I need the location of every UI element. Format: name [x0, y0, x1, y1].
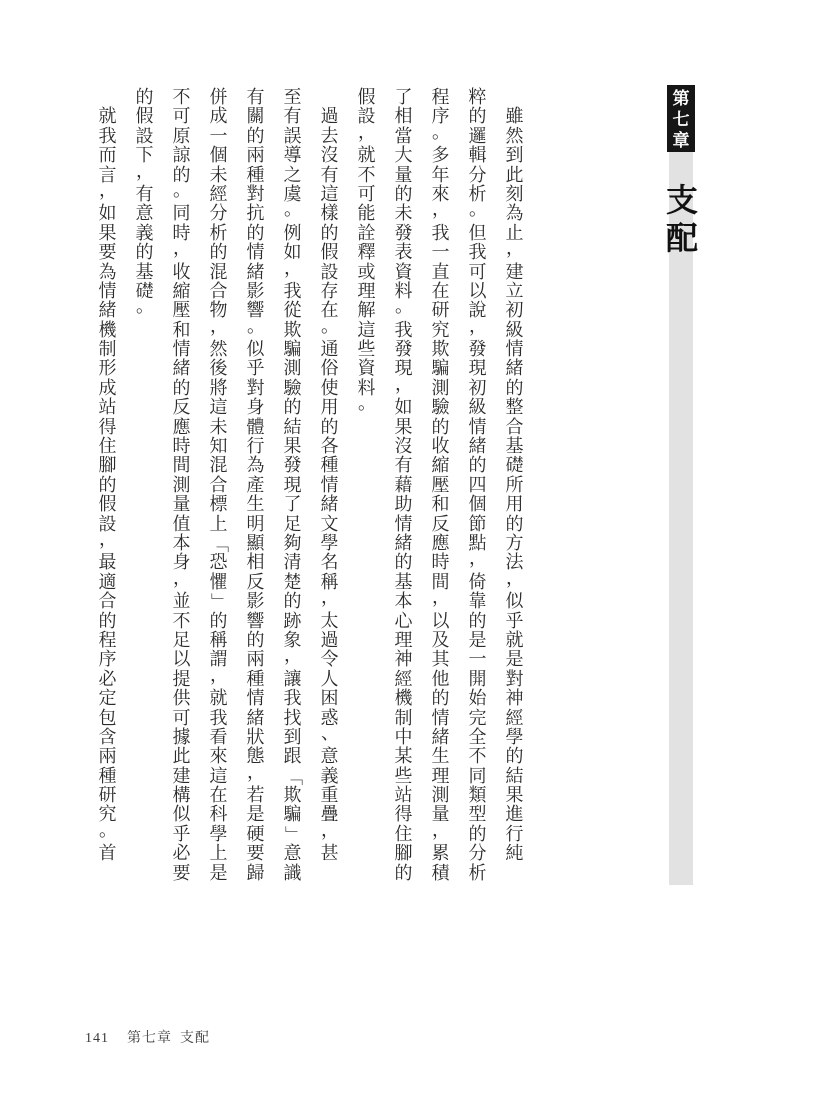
glyph: 心: [385, 612, 422, 631]
glyph: 稱: [200, 631, 237, 650]
text-column: 假設，就不可能詮釋或理解這些資料。: [348, 88, 385, 884]
glyph: ，: [200, 321, 237, 340]
glyph: 假: [348, 88, 385, 107]
text-column: 雖然到此刻為止，建立初級情緒的整合基礎所用的方法，似乎就是對神經學的結果進行純: [496, 88, 533, 884]
text-column: 就我而言，如果要為情緒機制形成站得住腳的假設，最適合的程序必定包含兩種研究。首: [89, 88, 126, 884]
glyph: 是: [496, 650, 533, 669]
glyph: 輯: [459, 146, 496, 165]
glyph: 收: [163, 263, 200, 282]
glyph: 對: [237, 185, 274, 204]
glyph: 。: [274, 204, 311, 223]
glyph: 神: [385, 650, 422, 669]
glyph: 行: [237, 437, 274, 456]
glyph: 供: [163, 689, 200, 708]
glyph: 以: [422, 612, 459, 631]
glyph: 。: [422, 127, 459, 146]
glyph: 未: [200, 166, 237, 185]
glyph: ，: [126, 166, 163, 185]
glyph: 似: [237, 340, 274, 359]
glyph: 明: [237, 515, 274, 534]
glyph: 分: [200, 204, 237, 223]
glyph: 合: [496, 418, 533, 437]
glyph: 。: [237, 321, 274, 340]
glyph: 的: [274, 398, 311, 417]
glyph: ，: [274, 650, 311, 669]
glyph: 整: [496, 398, 533, 417]
glyph: 的: [311, 224, 348, 243]
glyph: 釋: [348, 243, 385, 262]
glyph: 初: [459, 379, 496, 398]
glyph: 狀: [237, 728, 274, 747]
glyph: 可: [163, 107, 200, 126]
glyph: 和: [422, 495, 459, 514]
glyph: 經: [496, 709, 533, 728]
glyph: 機: [385, 689, 422, 708]
glyph: 驗: [422, 398, 459, 417]
glyph: 種: [237, 670, 274, 689]
glyph: 情: [163, 340, 200, 359]
glyph: 構: [163, 786, 200, 805]
glyph: 縮: [163, 282, 200, 301]
book-page: 第七章 支配 雖然到此刻為止，建立初級情緒的整合基礎所用的方法，似乎就是對神經學…: [0, 0, 813, 1100]
text-column: 程序。多年來，我一直在研究欺騙測驗的收縮壓和反應時間，以及其他的情緒生理測量，累…: [422, 88, 459, 884]
glyph: 重: [311, 786, 348, 805]
footer-chapter-title: 支配: [180, 1031, 210, 1046]
glyph: 硬: [237, 825, 274, 844]
glyph: 然: [200, 340, 237, 359]
glyph: 至: [274, 88, 311, 107]
glyph: 個: [200, 146, 237, 165]
glyph: 意: [311, 747, 348, 766]
glyph: 這: [200, 767, 237, 786]
glyph: 站: [385, 786, 422, 805]
glyph: 此: [163, 747, 200, 766]
glyph: 諒: [163, 146, 200, 165]
glyph: 到: [496, 146, 533, 165]
glyph: 累: [422, 844, 459, 863]
glyph: 」: [283, 816, 302, 853]
glyph: 清: [274, 553, 311, 572]
glyph: 騙: [274, 340, 311, 359]
glyph: 可: [348, 185, 385, 204]
glyph: 住: [385, 825, 422, 844]
glyph: 結: [274, 418, 311, 437]
glyph: 基: [385, 573, 422, 592]
glyph: 顯: [237, 534, 274, 553]
glyph: 我: [274, 282, 311, 301]
glyph: 發: [385, 224, 422, 243]
glyph: 刻: [496, 185, 533, 204]
glyph: 這: [311, 185, 348, 204]
glyph: 同: [459, 767, 496, 786]
glyph: 分: [459, 166, 496, 185]
glyph: ，: [422, 592, 459, 611]
glyph: 靠: [459, 592, 496, 611]
glyph: 要: [163, 864, 200, 883]
text-column: 有關的兩種對抗的情緒影響。似乎對身體行為產生明顯相反影響的兩種情緒狀態，若是硬要…: [237, 88, 274, 884]
glyph: 行: [496, 825, 533, 844]
glyph: ，: [422, 204, 459, 223]
glyph: 級: [496, 321, 533, 340]
glyph: 藉: [385, 476, 422, 495]
glyph: 而: [89, 146, 126, 165]
glyph: ，: [311, 825, 348, 844]
glyph: 的: [274, 592, 311, 611]
text-column: 過去沒有這樣的假設存在。通俗使用的各種情緒文學名稱，太過令人困惑、意義重疊，甚: [311, 88, 348, 884]
glyph: 些: [348, 340, 385, 359]
glyph: 生: [237, 495, 274, 514]
glyph: 現: [459, 359, 496, 378]
glyph: 有: [274, 107, 311, 126]
glyph: 對: [237, 379, 274, 398]
glyph: 反: [422, 515, 459, 534]
glyph: 在: [422, 282, 459, 301]
glyph: 影: [237, 592, 274, 611]
glyph: 身: [237, 398, 274, 417]
glyph: 產: [237, 476, 274, 495]
glyph: 章: [667, 130, 695, 151]
glyph: 有: [311, 166, 348, 185]
glyph: 縮: [422, 456, 459, 475]
glyph: 機: [89, 321, 126, 340]
glyph: 四: [459, 476, 496, 495]
glyph: 邏: [459, 127, 496, 146]
glyph: 的: [385, 553, 422, 572]
glyph: 緒: [89, 301, 126, 320]
glyph: 第: [667, 88, 695, 109]
glyph: 是: [459, 631, 496, 650]
glyph: 似: [496, 592, 533, 611]
glyph: 未: [200, 418, 237, 437]
glyph: 的: [422, 689, 459, 708]
glyph: 。: [459, 204, 496, 223]
glyph: 本: [385, 592, 422, 611]
glyph: 不: [348, 166, 385, 185]
glyph: 分: [459, 844, 496, 863]
glyph: 緒: [237, 263, 274, 282]
glyph: 建: [163, 767, 200, 786]
glyph: 足: [274, 515, 311, 534]
glyph: 。: [126, 301, 163, 320]
glyph: 的: [496, 379, 533, 398]
glyph: 一: [459, 650, 496, 669]
glyph: 緒: [459, 437, 496, 456]
glyph: 情: [459, 418, 496, 437]
glyph: 以: [459, 282, 496, 301]
glyph: ，: [496, 573, 533, 592]
chapter-title: 支配: [663, 181, 701, 257]
glyph: 析: [459, 864, 496, 883]
glyph: 就: [89, 107, 126, 126]
glyph: 果: [274, 437, 311, 456]
glyph: ，: [459, 321, 496, 340]
glyph: 以: [163, 650, 200, 669]
glyph: 反: [237, 573, 274, 592]
glyph: 。: [89, 825, 126, 844]
glyph: 有: [126, 185, 163, 204]
glyph: 資: [385, 263, 422, 282]
glyph: 時: [163, 437, 200, 456]
glyph: 理: [422, 767, 459, 786]
glyph: 情: [237, 689, 274, 708]
glyph: 不: [163, 88, 200, 107]
glyph: ，: [274, 263, 311, 282]
glyph: 必: [163, 844, 200, 863]
glyph: 種: [311, 456, 348, 475]
glyph: 倚: [459, 573, 496, 592]
glyph: 這: [348, 321, 385, 340]
glyph: 提: [163, 670, 200, 689]
glyph: 是: [200, 864, 237, 883]
text-column: 不可原諒的。同時，收縮壓和情緒的反應時間測量值本身，並不足以提供可據此建構似乎必…: [163, 88, 200, 884]
glyph: 知: [200, 437, 237, 456]
glyph: 乎: [237, 359, 274, 378]
glyph: ，: [348, 127, 385, 146]
glyph: 程: [422, 88, 459, 107]
glyph: 支: [663, 181, 701, 219]
glyph: 我: [422, 224, 459, 243]
glyph: 理: [385, 631, 422, 650]
text-column: 了相當大量的未發表資料。我發現，如果沒有藉助情緒的基本心理神經機制中某些站得住腳…: [385, 88, 422, 884]
glyph: 表: [385, 243, 422, 262]
glyph: 不: [163, 612, 200, 631]
glyph: 我: [459, 243, 496, 262]
glyph: 學: [496, 728, 533, 747]
text-column: 的假設下，有意義的基礎。: [126, 88, 163, 884]
glyph: 當: [385, 127, 422, 146]
glyph: 型: [459, 805, 496, 824]
glyph: 得: [89, 418, 126, 437]
glyph: 程: [89, 631, 126, 650]
glyph: 其: [422, 650, 459, 669]
glyph: 合: [89, 592, 126, 611]
glyph: 的: [459, 456, 496, 475]
glyph: 名: [311, 553, 348, 572]
glyph: 找: [274, 709, 311, 728]
glyph: 可: [459, 263, 496, 282]
glyph: 緒: [422, 728, 459, 747]
glyph: 乎: [496, 612, 533, 631]
body-text: 雖然到此刻為止，建立初級情緒的整合基礎所用的方法，似乎就是對神經學的結果進行純粹…: [89, 88, 533, 884]
glyph: 時: [422, 553, 459, 572]
glyph: 制: [89, 340, 126, 359]
glyph: 「: [209, 525, 228, 562]
glyph: 應: [422, 534, 459, 553]
glyph: 的: [459, 825, 496, 844]
glyph: 的: [89, 476, 126, 495]
glyph: 設: [311, 263, 348, 282]
glyph: 經: [200, 185, 237, 204]
glyph: 種: [89, 767, 126, 786]
glyph: 的: [459, 107, 496, 126]
glyph: 看: [200, 728, 237, 747]
glyph: 的: [126, 243, 163, 262]
glyph: 雖: [496, 107, 533, 126]
glyph: 兩: [89, 747, 126, 766]
glyph: 的: [459, 612, 496, 631]
glyph: 歸: [237, 864, 274, 883]
glyph: 人: [311, 670, 348, 689]
glyph: 某: [385, 747, 422, 766]
glyph: 粹: [459, 88, 496, 107]
glyph: 的: [163, 379, 200, 398]
text-column: 至有誤導之虞。例如，我從欺騙測驗的結果發現了足夠清楚的跡象，讓我找到跟「欺騙」意…: [274, 88, 311, 884]
glyph: 困: [311, 689, 348, 708]
glyph: 文: [311, 515, 348, 534]
glyph: 方: [496, 534, 533, 553]
glyph: ，: [163, 243, 200, 262]
glyph: 全: [459, 728, 496, 747]
glyph: 他: [422, 670, 459, 689]
glyph: 的: [126, 88, 163, 107]
glyph: 抗: [237, 204, 274, 223]
glyph: 假: [311, 243, 348, 262]
glyph: 這: [200, 398, 237, 417]
glyph: 就: [200, 689, 237, 708]
glyph: 能: [348, 204, 385, 223]
glyph: 意: [126, 204, 163, 223]
glyph: 七: [667, 109, 695, 130]
glyph: 緒: [163, 359, 200, 378]
glyph: 關: [237, 107, 274, 126]
glyph: 年: [422, 166, 459, 185]
glyph: 過: [311, 107, 348, 126]
glyph: 我: [200, 709, 237, 728]
glyph: 級: [459, 398, 496, 417]
glyph: ，: [422, 825, 459, 844]
glyph: 必: [89, 670, 126, 689]
glyph: 可: [163, 709, 200, 728]
glyph: 及: [422, 631, 459, 650]
glyph: 的: [200, 243, 237, 262]
glyph: 從: [274, 301, 311, 320]
glyph: 體: [237, 418, 274, 437]
glyph: 兩: [237, 650, 274, 669]
glyph: 或: [348, 263, 385, 282]
glyph: 如: [385, 398, 422, 417]
glyph: 標: [200, 495, 237, 514]
glyph: 始: [459, 689, 496, 708]
glyph: 設: [126, 127, 163, 146]
glyph: 本: [163, 534, 200, 553]
glyph: 我: [385, 321, 422, 340]
glyph: 收: [422, 437, 459, 456]
glyph: 初: [496, 301, 533, 320]
glyph: 。: [163, 185, 200, 204]
glyph: 未: [385, 204, 422, 223]
glyph: 開: [459, 670, 496, 689]
glyph: 果: [385, 418, 422, 437]
glyph: 義: [126, 224, 163, 243]
glyph: ，: [89, 185, 126, 204]
glyph: 腳: [89, 456, 126, 475]
glyph: 讓: [274, 670, 311, 689]
glyph: 應: [163, 418, 200, 437]
glyph: 配: [663, 219, 701, 257]
glyph: 是: [237, 805, 274, 824]
glyph: ，: [200, 670, 237, 689]
glyph: 情: [422, 709, 459, 728]
glyph: 量: [163, 495, 200, 514]
glyph: 沒: [385, 437, 422, 456]
glyph: 學: [311, 534, 348, 553]
glyph: 腳: [385, 844, 422, 863]
glyph: 進: [496, 805, 533, 824]
glyph: 建: [496, 263, 533, 282]
glyph: 有: [385, 456, 422, 475]
glyph: 的: [385, 185, 422, 204]
glyph: 如: [89, 204, 126, 223]
glyph: 發: [274, 456, 311, 475]
glyph: 楚: [274, 573, 311, 592]
glyph: 測: [422, 786, 459, 805]
glyph: 的: [237, 127, 274, 146]
glyph: 令: [311, 650, 348, 669]
glyph: 例: [274, 224, 311, 243]
glyph: 量: [385, 166, 422, 185]
glyph: 究: [422, 321, 459, 340]
glyph: 為: [89, 263, 126, 282]
glyph: 的: [89, 612, 126, 631]
glyph: 類: [459, 786, 496, 805]
glyph: 對: [496, 670, 533, 689]
glyph: 情: [237, 243, 274, 262]
glyph: ，: [311, 592, 348, 611]
glyph: 的: [237, 224, 274, 243]
glyph: 壓: [163, 301, 200, 320]
glyph: 使: [311, 379, 348, 398]
glyph: 將: [200, 379, 237, 398]
glyph: 若: [237, 786, 274, 805]
glyph: 乎: [163, 825, 200, 844]
glyph: 通: [311, 340, 348, 359]
glyph: 神: [496, 689, 533, 708]
glyph: 反: [163, 398, 200, 417]
glyph: 。: [348, 398, 385, 417]
glyph: 得: [385, 805, 422, 824]
glyph: 去: [311, 127, 348, 146]
glyph: 果: [89, 224, 126, 243]
glyph: 要: [237, 844, 274, 863]
glyph: 一: [200, 127, 237, 146]
glyph: 此: [496, 166, 533, 185]
glyph: 併: [200, 88, 237, 107]
page-footer: 141第七章支配: [85, 1027, 210, 1047]
glyph: 後: [200, 359, 237, 378]
glyph: 原: [163, 127, 200, 146]
glyph: 測: [163, 476, 200, 495]
glyph: 制: [385, 709, 422, 728]
glyph: 為: [496, 204, 533, 223]
glyph: 緒: [496, 359, 533, 378]
glyph: 結: [496, 767, 533, 786]
glyph: 假: [89, 495, 126, 514]
glyph: 「: [283, 758, 302, 795]
glyph: 中: [385, 728, 422, 747]
glyph: 然: [496, 127, 533, 146]
glyph: 值: [163, 515, 200, 534]
glyph: 合: [200, 282, 237, 301]
glyph: 大: [385, 146, 422, 165]
glyph: 相: [385, 107, 422, 126]
glyph: 混: [200, 456, 237, 475]
glyph: 驗: [274, 379, 311, 398]
glyph: 了: [385, 88, 422, 107]
glyph: ，: [459, 553, 496, 572]
glyph: 同: [163, 204, 200, 223]
glyph: 現: [274, 476, 311, 495]
glyph: 義: [311, 767, 348, 786]
